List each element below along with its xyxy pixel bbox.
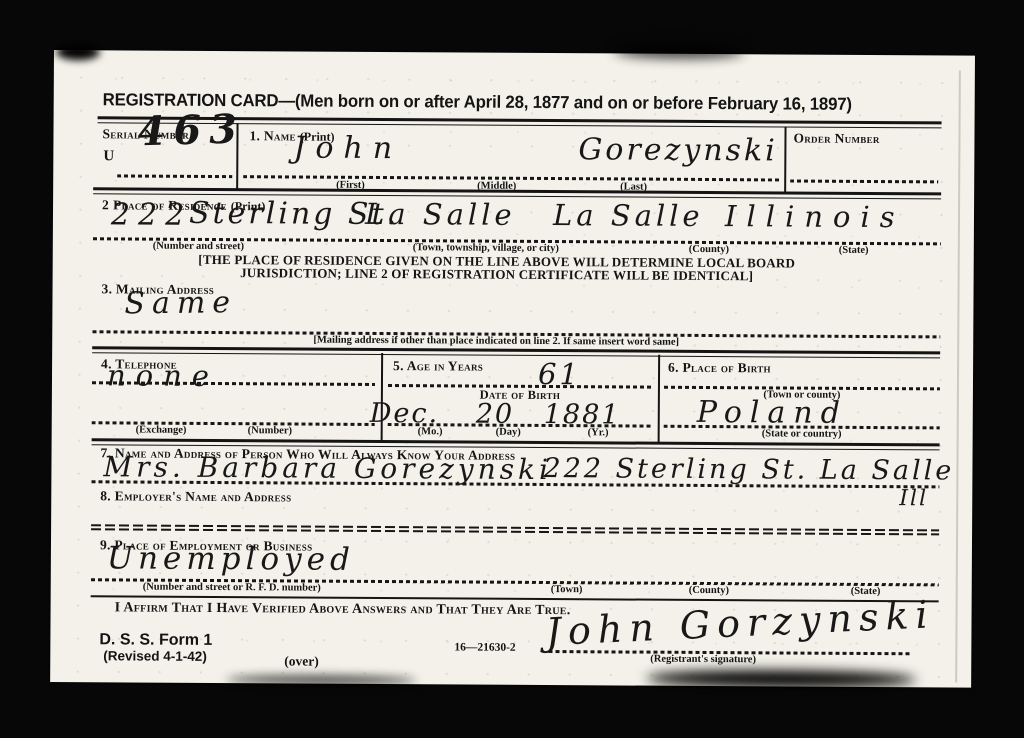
- residence-caption-state: (State): [839, 245, 869, 256]
- mailing-value: Same: [124, 288, 237, 319]
- scan-smudge-bottom-right: [646, 670, 916, 689]
- dob-caption-day: (Day): [496, 427, 521, 438]
- over-note: (over): [284, 653, 319, 669]
- contact-name-value: Mrs. Barbara Gorezynski: [103, 453, 552, 484]
- serial-number-value: 463: [137, 109, 246, 152]
- registration-card: REGISTRATION CARD—(Men born on or after …: [50, 50, 975, 688]
- serial-prefix: U: [103, 148, 114, 165]
- residence-caption-county: (County): [689, 244, 729, 255]
- form-number: D. S. S. Form 1: [99, 631, 212, 650]
- telephone-caption-exchange: (Exchange): [136, 425, 187, 436]
- birth-caption-state: (State or country): [664, 428, 940, 441]
- page-edge-line: [955, 71, 961, 683]
- dob-caption-year: (Yr.): [588, 427, 609, 438]
- residence-state-value: Illinois: [725, 202, 905, 232]
- employer-label: 8. Employer's Name and Address: [100, 488, 291, 505]
- employment-caption-town: (Town): [551, 584, 583, 595]
- print-code: 16—21630-2: [454, 641, 515, 653]
- serial-dotted-line: [117, 174, 232, 177]
- telephone-dotted-line-2: [92, 421, 375, 425]
- employment-caption-county: (County): [689, 585, 729, 596]
- scan-smudge-bottom-left: [226, 675, 416, 685]
- dob-caption-month: (Mo.): [418, 426, 443, 437]
- name-label-text: 1. Name: [249, 128, 295, 143]
- registrant-signature: John Gorzynski: [545, 595, 936, 651]
- residence-num: 2: [102, 197, 109, 212]
- contact-address-overflow: Ill: [899, 488, 928, 510]
- signature-caption: (Registrant's signature): [650, 654, 756, 666]
- name-last-value: Gorezynski: [578, 135, 778, 166]
- order-number-label: Order Number: [793, 131, 879, 148]
- telephone-value: none: [107, 361, 219, 391]
- age-label: 5. Age in Years: [393, 358, 483, 375]
- name-first-value: John: [293, 133, 402, 164]
- scan-background: { "colors": { "background": "#070707", "…: [0, 0, 1024, 738]
- scan-smudge-top-left: [56, 44, 100, 60]
- residence-county-value: La Salle: [553, 201, 704, 231]
- birth-label: 6. Place of Birth: [668, 360, 771, 377]
- telephone-caption-number: (Number): [248, 425, 292, 436]
- order-dotted-line: [790, 179, 938, 182]
- contact-address-value: 222 Sterling St. La Salle: [543, 455, 954, 485]
- employment-caption-street: (Number and street or R. F. D. number): [143, 582, 321, 594]
- residence-caption-street: (Number and street): [153, 241, 244, 253]
- affirmation-text: I Affirm That I Have Verified Above Answ…: [115, 600, 571, 619]
- employment-value: Unemployed: [107, 543, 355, 576]
- residence-town-value: La Salle: [365, 200, 516, 230]
- residence-number-value: 222: [111, 200, 192, 230]
- divider-age-birth: [658, 355, 661, 443]
- form-revision: (Revised 4-1-42): [103, 648, 207, 664]
- scan-smudge-top-middle: [614, 43, 744, 58]
- residence-caption-town: (Town, township, village, or city): [413, 242, 559, 254]
- divider-name-order: [784, 126, 786, 192]
